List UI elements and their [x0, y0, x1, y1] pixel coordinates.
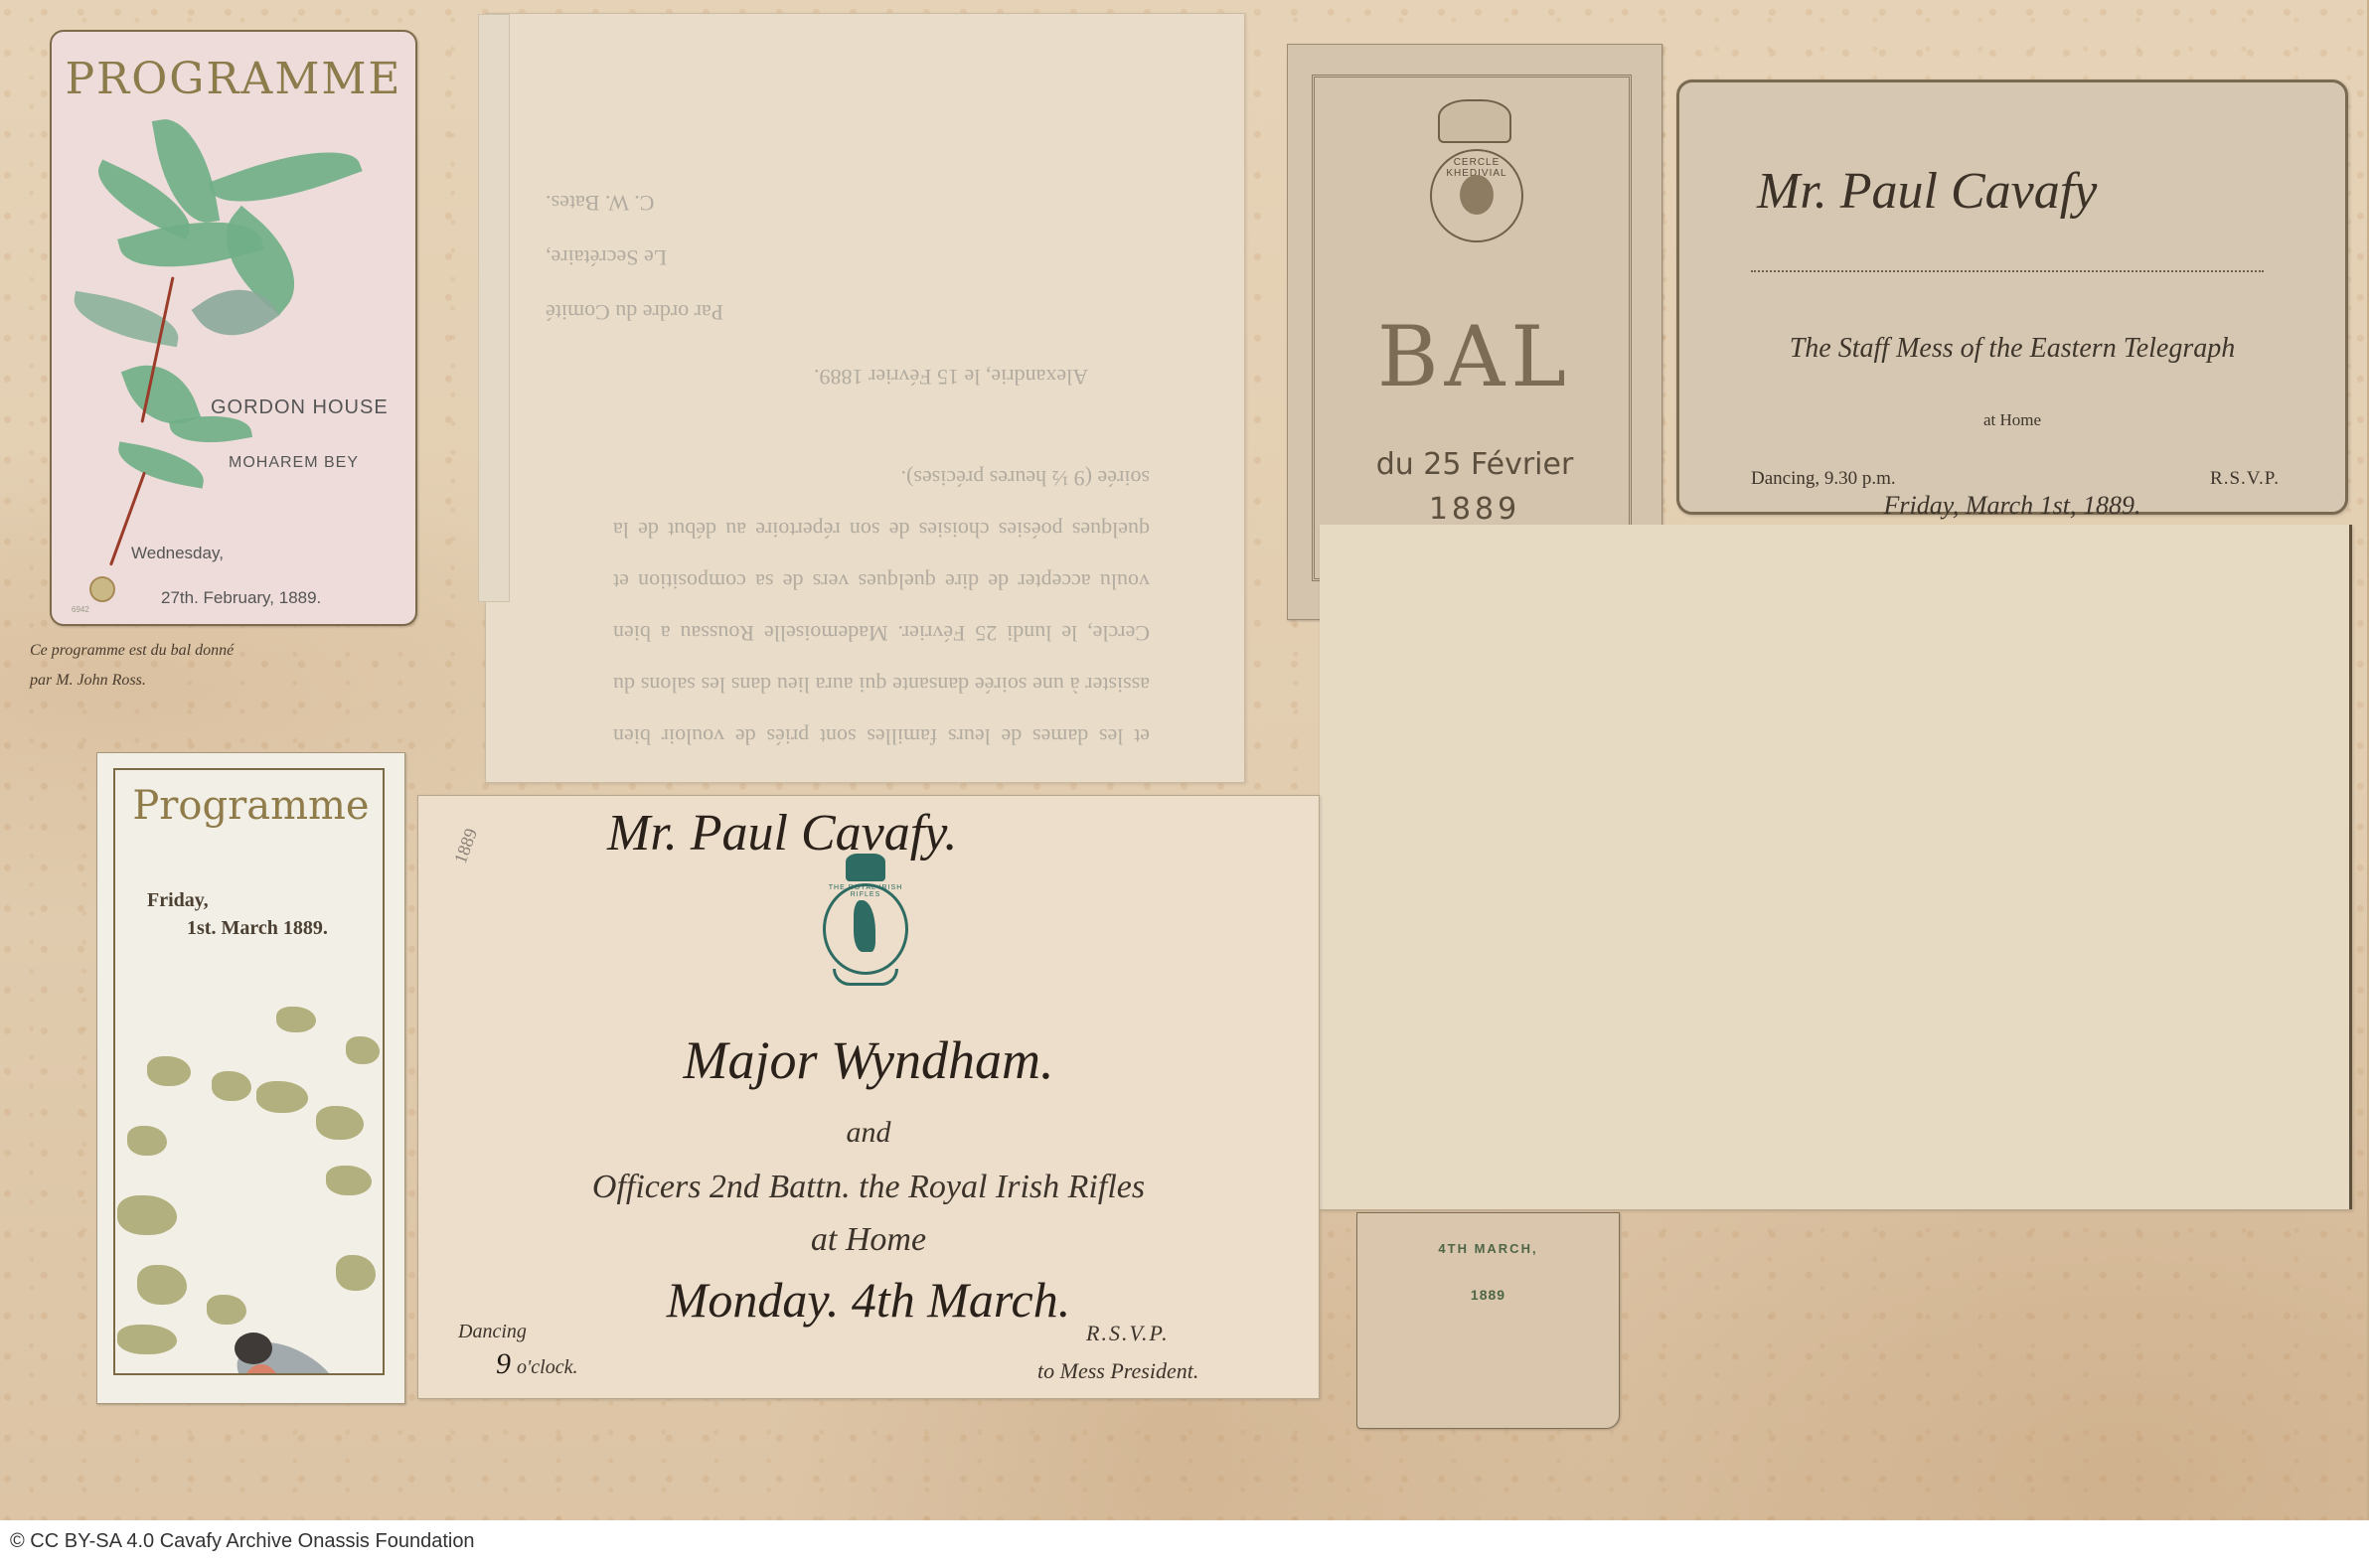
programme-title: PROGRAMME: [52, 54, 415, 104]
print-number: 6942: [72, 605, 89, 614]
ivy-illustration: [117, 1007, 383, 1373]
upside-down-letter: et les dames de leurs familles sont prié…: [485, 13, 1245, 783]
crest-icon: CERCLE KHEDIVIAL: [1430, 99, 1519, 248]
letter-order-line: Par ordre du Comité: [546, 299, 723, 325]
eastern-telegraph-invitation: Mr. Paul Cavafy The Staff Mess of the Ea…: [1676, 79, 2348, 515]
crest-ring: CERCLE KHEDIVIAL: [1430, 149, 1523, 242]
host-name: Major Wyndham.: [418, 1029, 1319, 1091]
programme-bird-card: Programme Friday, 1st. March 1889.: [96, 752, 405, 1404]
dancing-label: Dancing: [458, 1321, 527, 1343]
portrait-icon: [1460, 175, 1494, 215]
recipient-name: Mr. Paul Cavafy: [1757, 162, 2097, 221]
march-year: 1889: [1357, 1287, 1619, 1303]
event-day: Wednesday,: [131, 544, 224, 563]
dotted-line: [1751, 270, 2264, 272]
dancing-time: Dancing, 9.30 p.m.: [1751, 468, 1896, 490]
note-line-1: Ce programme est du bal donné: [30, 636, 407, 666]
programme-gordon-house-card: PROGRAMME GORDON HOUSE MOHAREM BEY Wedne…: [50, 30, 417, 626]
handwritten-note: Ce programme est du bal donné par M. Joh…: [30, 636, 407, 696]
regiment-line: Officers 2nd Battn. the Royal Irish Rifl…: [418, 1169, 1319, 1206]
event-date: Friday, March 1st, 1889.: [1679, 491, 2345, 521]
note-line-2: par M. John Ross.: [30, 666, 407, 696]
at-home: at Home: [1679, 410, 2345, 430]
rsvp: R.S.V.P.: [1086, 1321, 1170, 1346]
rsvp-to: to Mess President.: [1037, 1358, 1198, 1384]
dancing-time: 9o'clock.: [496, 1347, 577, 1381]
rsvp: R.S.V.P.: [2210, 468, 2280, 490]
at-home: at Home: [418, 1221, 1319, 1259]
event-date: 1st. March 1889.: [187, 917, 328, 940]
letter-paragraph: et les dames de leurs familles sont prié…: [613, 452, 1150, 762]
folded-blank-sheet: [1320, 525, 2352, 1209]
letter-role-line: Le Secrétaire,: [546, 244, 667, 270]
regimental-crest-icon: THE ROYAL IRISH RIFLES: [816, 854, 915, 983]
bird-head: [235, 1333, 272, 1364]
copyright-credit: © CC BY-SA 4.0 Cavafy Archive Onassis Fo…: [10, 1530, 475, 1553]
crown-icon: [846, 854, 885, 881]
event-day: Friday,: [147, 889, 209, 912]
oclock-text: o'clock.: [517, 1356, 577, 1378]
crest-oval: THE ROYAL IRISH RIFLES: [823, 883, 908, 975]
pencil-annotation: 1889: [450, 826, 482, 866]
letter-signature: C. W. Bates.: [546, 190, 654, 216]
venue-location: MOHAREM BEY: [229, 454, 359, 472]
letter-body-rotated: et les dames de leurs familles sont prié…: [486, 14, 1244, 782]
venue-name: GORDON HOUSE: [211, 396, 389, 419]
letter-date-line: Alexandrie, le 15 Février 1889.: [814, 364, 1088, 390]
host-line: The Staff Mess of the Eastern Telegraph: [1679, 333, 2345, 365]
event-date: Monday. 4th March.: [418, 1271, 1319, 1329]
crest-motto: THE ROYAL IRISH RIFLES: [826, 884, 905, 898]
royal-irish-rifles-invitation: Mr. Paul Cavafy. 1889 THE ROYAL IRISH RI…: [417, 795, 1320, 1399]
bal-date: du 25 Février: [1288, 447, 1661, 482]
programme-title: Programme: [97, 783, 404, 829]
bal-title: BAL: [1288, 308, 1661, 405]
hour: 9: [496, 1347, 511, 1380]
bal-year: 1889: [1288, 492, 1661, 527]
crown-icon: [1438, 99, 1511, 143]
cord-seal-icon: [89, 576, 115, 602]
march-date: 4TH MARCH,: [1357, 1241, 1619, 1256]
event-date: 27th. February, 1889.: [161, 588, 321, 608]
album-page: PROGRAMME GORDON HOUSE MOHAREM BEY Wedne…: [0, 0, 2369, 1520]
fourth-march-card: 4TH MARCH, 1889: [1356, 1212, 1620, 1429]
harp-icon: [854, 900, 875, 952]
and-text: and: [418, 1116, 1319, 1150]
